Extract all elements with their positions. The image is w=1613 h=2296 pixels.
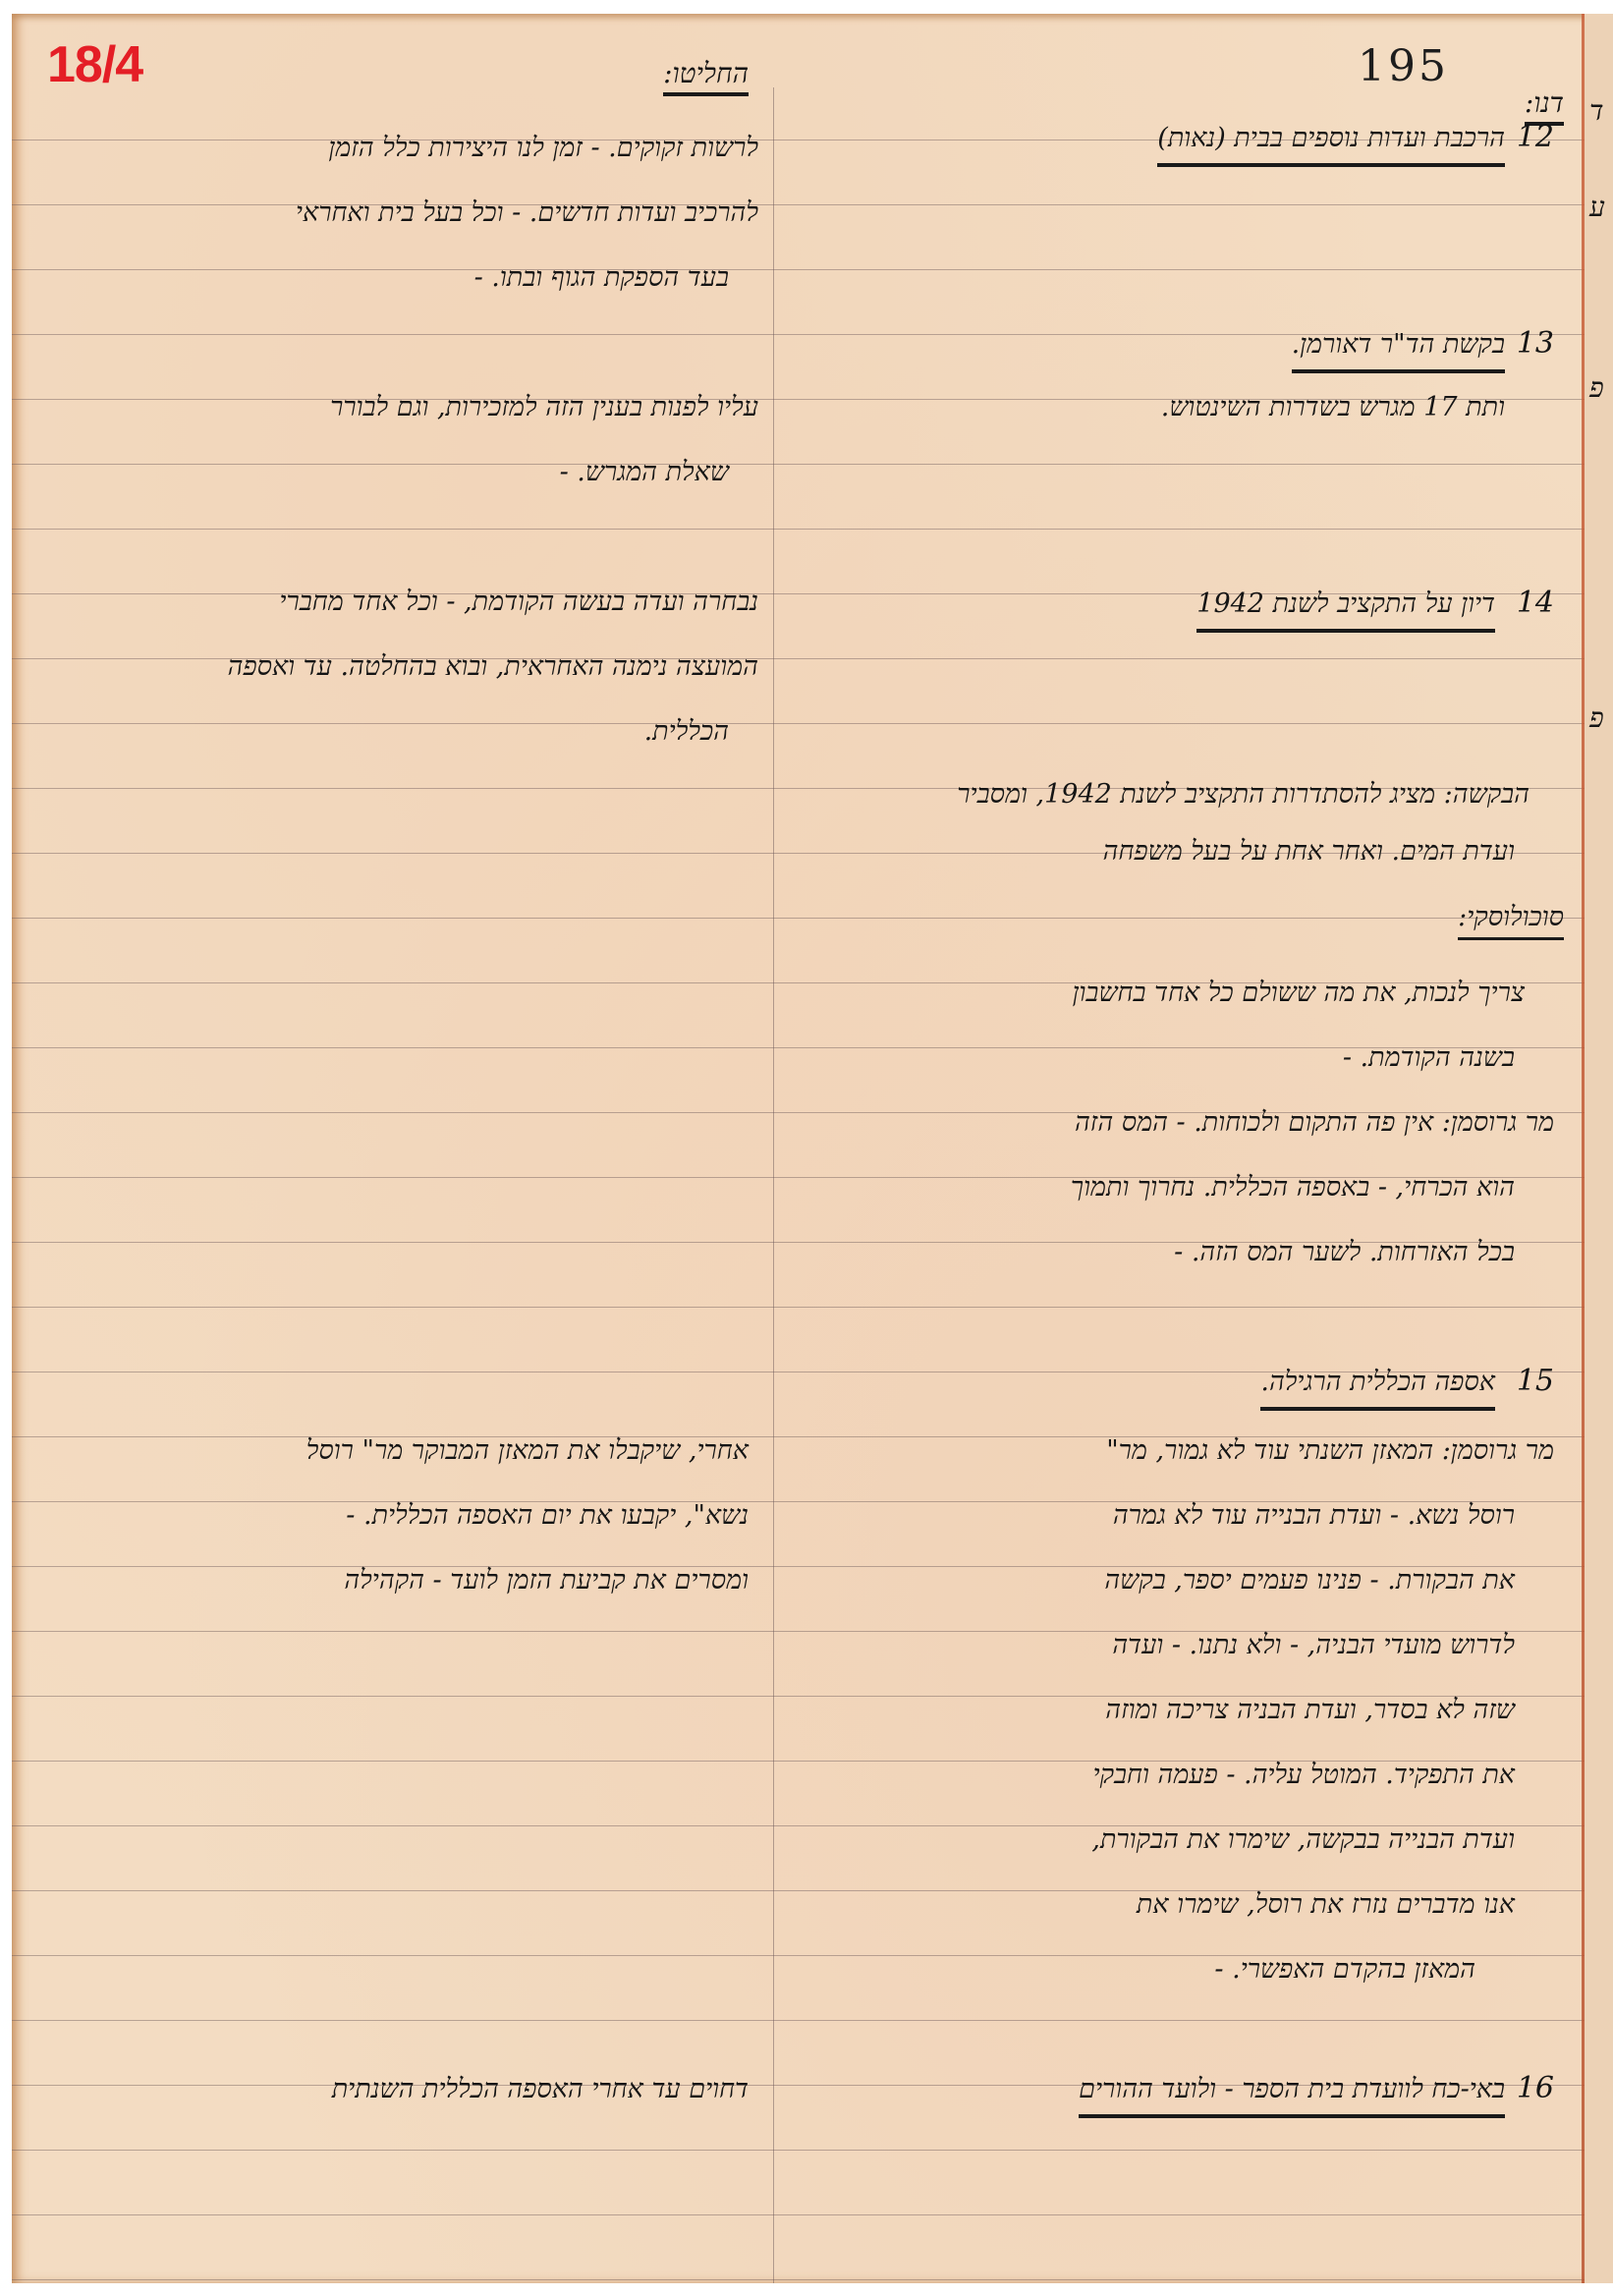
ruled-line (12, 2020, 1613, 2021)
edge-glyph: פ (1589, 701, 1604, 735)
topic-line: ועדת הבנייה בבקשה, שימרו את הבקורת, (1091, 1808, 1515, 1873)
topic-line: ותת 17 מגרש בשדרות השינטוש. (1161, 375, 1505, 440)
topic-line: את הבקורת. - פנינו פעמים יספר, בקשה (1104, 1548, 1515, 1613)
decision-line: הכללית. (644, 700, 729, 764)
ruled-line (12, 204, 1613, 205)
topic-line: רוסל נשא. - ועדת הבנייה עוד לא גמרה (1113, 1484, 1515, 1548)
decision-line: נבחרה ועדה בעשה הקודמת, - וכל אחד מחברי (279, 570, 758, 635)
item-number: 15 (1517, 1364, 1554, 1398)
topic-line: מר גרוסמן: אין פה התקום ולכוחות. - המס ה… (1075, 1091, 1554, 1155)
decision-line: לרשות זקוקים. - זמן לנו היצירות כלל הזמן (328, 116, 758, 181)
decision-line: בעד הספקת הגוף ובתו. - (474, 246, 729, 310)
decision-line: המועצה נימנה האחראית, ובוא בהחלטה. עד וא… (228, 635, 758, 700)
item-number: 12 (1517, 120, 1554, 154)
topic-line: לדרוש מועדי הבניה, - ולא נתנו. - ועדה (1112, 1613, 1515, 1678)
item-number: 16 (1517, 2071, 1554, 2105)
item-topic: אספה הכללית הרגילה. (1260, 1360, 1495, 1411)
topic-line: הוא הכרחי, - באספה הכללית. נחרוך ותמוך (1071, 1155, 1515, 1220)
page-number: 195 (1358, 41, 1449, 91)
facing-page-edge (1585, 14, 1613, 2283)
decision-line: דחוים עד אחרי האספה הכללית השנתית (332, 2067, 749, 2112)
date-stamp: 18/4 (47, 35, 142, 94)
edge-glyph: פ (1589, 371, 1604, 405)
decision-line: שאלת המגרש. - (560, 440, 729, 505)
ruled-line (12, 2150, 1613, 2151)
topic-line: את התפקיד. המוטל עליה. - פעמה וחבקי (1092, 1743, 1515, 1808)
topic-line: בשנה הקודמת. - (1343, 1026, 1515, 1091)
ruled-line (12, 529, 1613, 530)
decision-line: אחרי, שיקבלו את המאזן המבוקר מר" רוסל (306, 1419, 749, 1484)
item-topic: דיון על התקציב לשנת 1942 (1196, 582, 1495, 633)
edge-glyph: ע (1589, 191, 1605, 224)
ruled-line (12, 464, 1613, 465)
item-number: 14 (1517, 586, 1554, 620)
item-topic: בקשת הד"ר דאורמן. (1292, 322, 1505, 373)
topic-line: הבקשה: מציג להסתדרות התקציב לשנת 1942, ו… (957, 762, 1530, 827)
edge-glyph: ד (1589, 94, 1603, 128)
topic-line: צריך לנכות, את מה ששולם כל אחד בחשבון (1073, 961, 1525, 1026)
column-divider (773, 87, 774, 2283)
decision-line: עליו לפנות בענין הזה למזכירות, וגם לבורר (330, 375, 758, 440)
decision-line: ומסרים את קביעת הזמן לועד - הקהילה (344, 1548, 749, 1613)
decision-line: להרכיב ועדות חדשים. - וכל בעל בית ואחראי (296, 181, 758, 246)
ruled-line (12, 2214, 1613, 2215)
topic-line: אנו מדברים נזרז את רוסל, שימרו את (1137, 1873, 1515, 1937)
item-topic: הרכבת ועדות נוספים בבית (נאות) (1157, 116, 1505, 167)
item-number: 13 (1517, 326, 1554, 361)
ledger-page: 18/4 195 דנו: החליטו: 12 הרכבת ועדות נוס… (12, 14, 1613, 2283)
speaker-label: סוכולוסקי: (1458, 898, 1564, 940)
topic-line: שזה לא בסדר, ועדת הבניה צריכה ומוזה (1105, 1678, 1515, 1743)
topic-line: בכל האזרחות. לשער המס הזה. - (1174, 1220, 1515, 1285)
topic-line: המאזן בהקדם האפשרי. - (1214, 1937, 1475, 2002)
ruled-line (12, 1307, 1613, 1308)
decisions-column-header: החליטו: (663, 57, 749, 96)
topic-line: ועדת המים. ואחר אחת על בעל משפחה (1103, 819, 1515, 884)
ruled-line (12, 269, 1613, 270)
decision-line: נשא", יקבעו את יום האספה הכללית. - (346, 1484, 749, 1548)
topic-line: מר גרוסמן: המאזן השנתי עוד לא גמור, מר" (1106, 1419, 1554, 1484)
ruled-line (12, 918, 1613, 919)
ruled-line (12, 2279, 1613, 2280)
ruled-line (12, 723, 1613, 724)
item-topic: באי-כח לוועדת בית הספר - ולועד ההורים (1079, 2067, 1505, 2118)
